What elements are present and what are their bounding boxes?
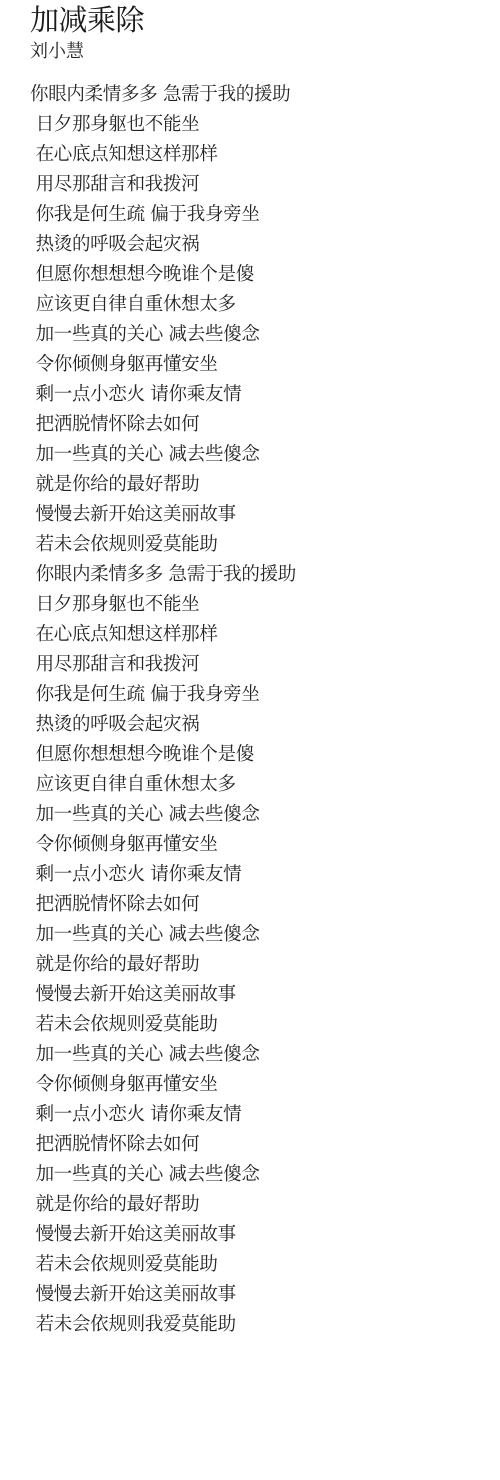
lyric-line: 若未会依规则爱莫能助: [30, 1010, 500, 1040]
lyric-line: 就是你给的最好帮助: [30, 950, 500, 980]
lyric-line: 剩一点小恋火 请你乘友情: [30, 380, 500, 410]
artist-name: 刘小慧: [30, 38, 500, 66]
lyric-line: 热烫的呼吸会起灾祸: [30, 230, 500, 260]
lyric-line: 令你倾侧身躯再懂安坐: [30, 350, 500, 380]
lyric-line: 应该更自律自重休想太多: [30, 290, 500, 320]
lyric-line: 你眼内柔情多多 急需于我的援助: [30, 560, 500, 590]
lyric-line: 日夕那身躯也不能坐: [30, 590, 500, 620]
lyric-line: 加一些真的关心 减去些傻念: [30, 800, 500, 830]
lyrics-page: 加减乘除 刘小慧 你眼内柔情多多 急需于我的援助 日夕那身躯也不能坐 在心底点知…: [0, 0, 500, 1340]
lyric-line: 应该更自律自重休想太多: [30, 770, 500, 800]
lyric-line: 把洒脱情怀除去如何: [30, 1130, 500, 1160]
lyric-line: 若未会依规则爱莫能助: [30, 530, 500, 560]
lyric-line: 但愿你想想想今晚谁个是傻: [30, 740, 500, 770]
lyric-line: 慢慢去新开始这美丽故事: [30, 500, 500, 530]
lyric-line: 用尽那甜言和我拨河: [30, 170, 500, 200]
lyric-line: 令你倾侧身躯再懂安坐: [30, 1070, 500, 1100]
lyric-line: 在心底点知想这样那样: [30, 140, 500, 170]
lyric-line: 加一些真的关心 减去些傻念: [30, 440, 500, 470]
lyric-line: 日夕那身躯也不能坐: [30, 110, 500, 140]
lyric-line: 慢慢去新开始这美丽故事: [30, 980, 500, 1010]
lyric-line: 但愿你想想想今晚谁个是傻: [30, 260, 500, 290]
lyric-line: 若未会依规则爱莫能助: [30, 1250, 500, 1280]
lyric-line: 就是你给的最好帮助: [30, 1190, 500, 1220]
lyric-line: 用尽那甜言和我拨河: [30, 650, 500, 680]
lyric-line: 把洒脱情怀除去如何: [30, 410, 500, 440]
lyric-line: 你眼内柔情多多 急需于我的援助: [30, 80, 500, 110]
lyric-line: 加一些真的关心 减去些傻念: [30, 920, 500, 950]
lyric-line: 加一些真的关心 减去些傻念: [30, 320, 500, 350]
lyric-line: 剩一点小恋火 请你乘友情: [30, 1100, 500, 1130]
lyric-line: 令你倾侧身躯再懂安坐: [30, 830, 500, 860]
lyric-line: 在心底点知想这样那样: [30, 620, 500, 650]
song-title: 加减乘除: [30, 0, 500, 38]
lyric-line: 剩一点小恋火 请你乘友情: [30, 860, 500, 890]
lyric-line: 加一些真的关心 减去些傻念: [30, 1040, 500, 1070]
lyric-line: 慢慢去新开始这美丽故事: [30, 1220, 500, 1250]
lyric-line: 热烫的呼吸会起灾祸: [30, 710, 500, 740]
lyric-line: 你我是何生疏 偏于我身旁坐: [30, 200, 500, 230]
lyrics-body: 你眼内柔情多多 急需于我的援助 日夕那身躯也不能坐 在心底点知想这样那样 用尽那…: [30, 80, 500, 1340]
lyric-line: 加一些真的关心 减去些傻念: [30, 1160, 500, 1190]
lyric-line: 就是你给的最好帮助: [30, 470, 500, 500]
lyric-line: 若未会依规则我爱莫能助: [30, 1310, 500, 1340]
lyric-line: 把洒脱情怀除去如何: [30, 890, 500, 920]
lyric-line: 慢慢去新开始这美丽故事: [30, 1280, 500, 1310]
lyric-line: 你我是何生疏 偏于我身旁坐: [30, 680, 500, 710]
